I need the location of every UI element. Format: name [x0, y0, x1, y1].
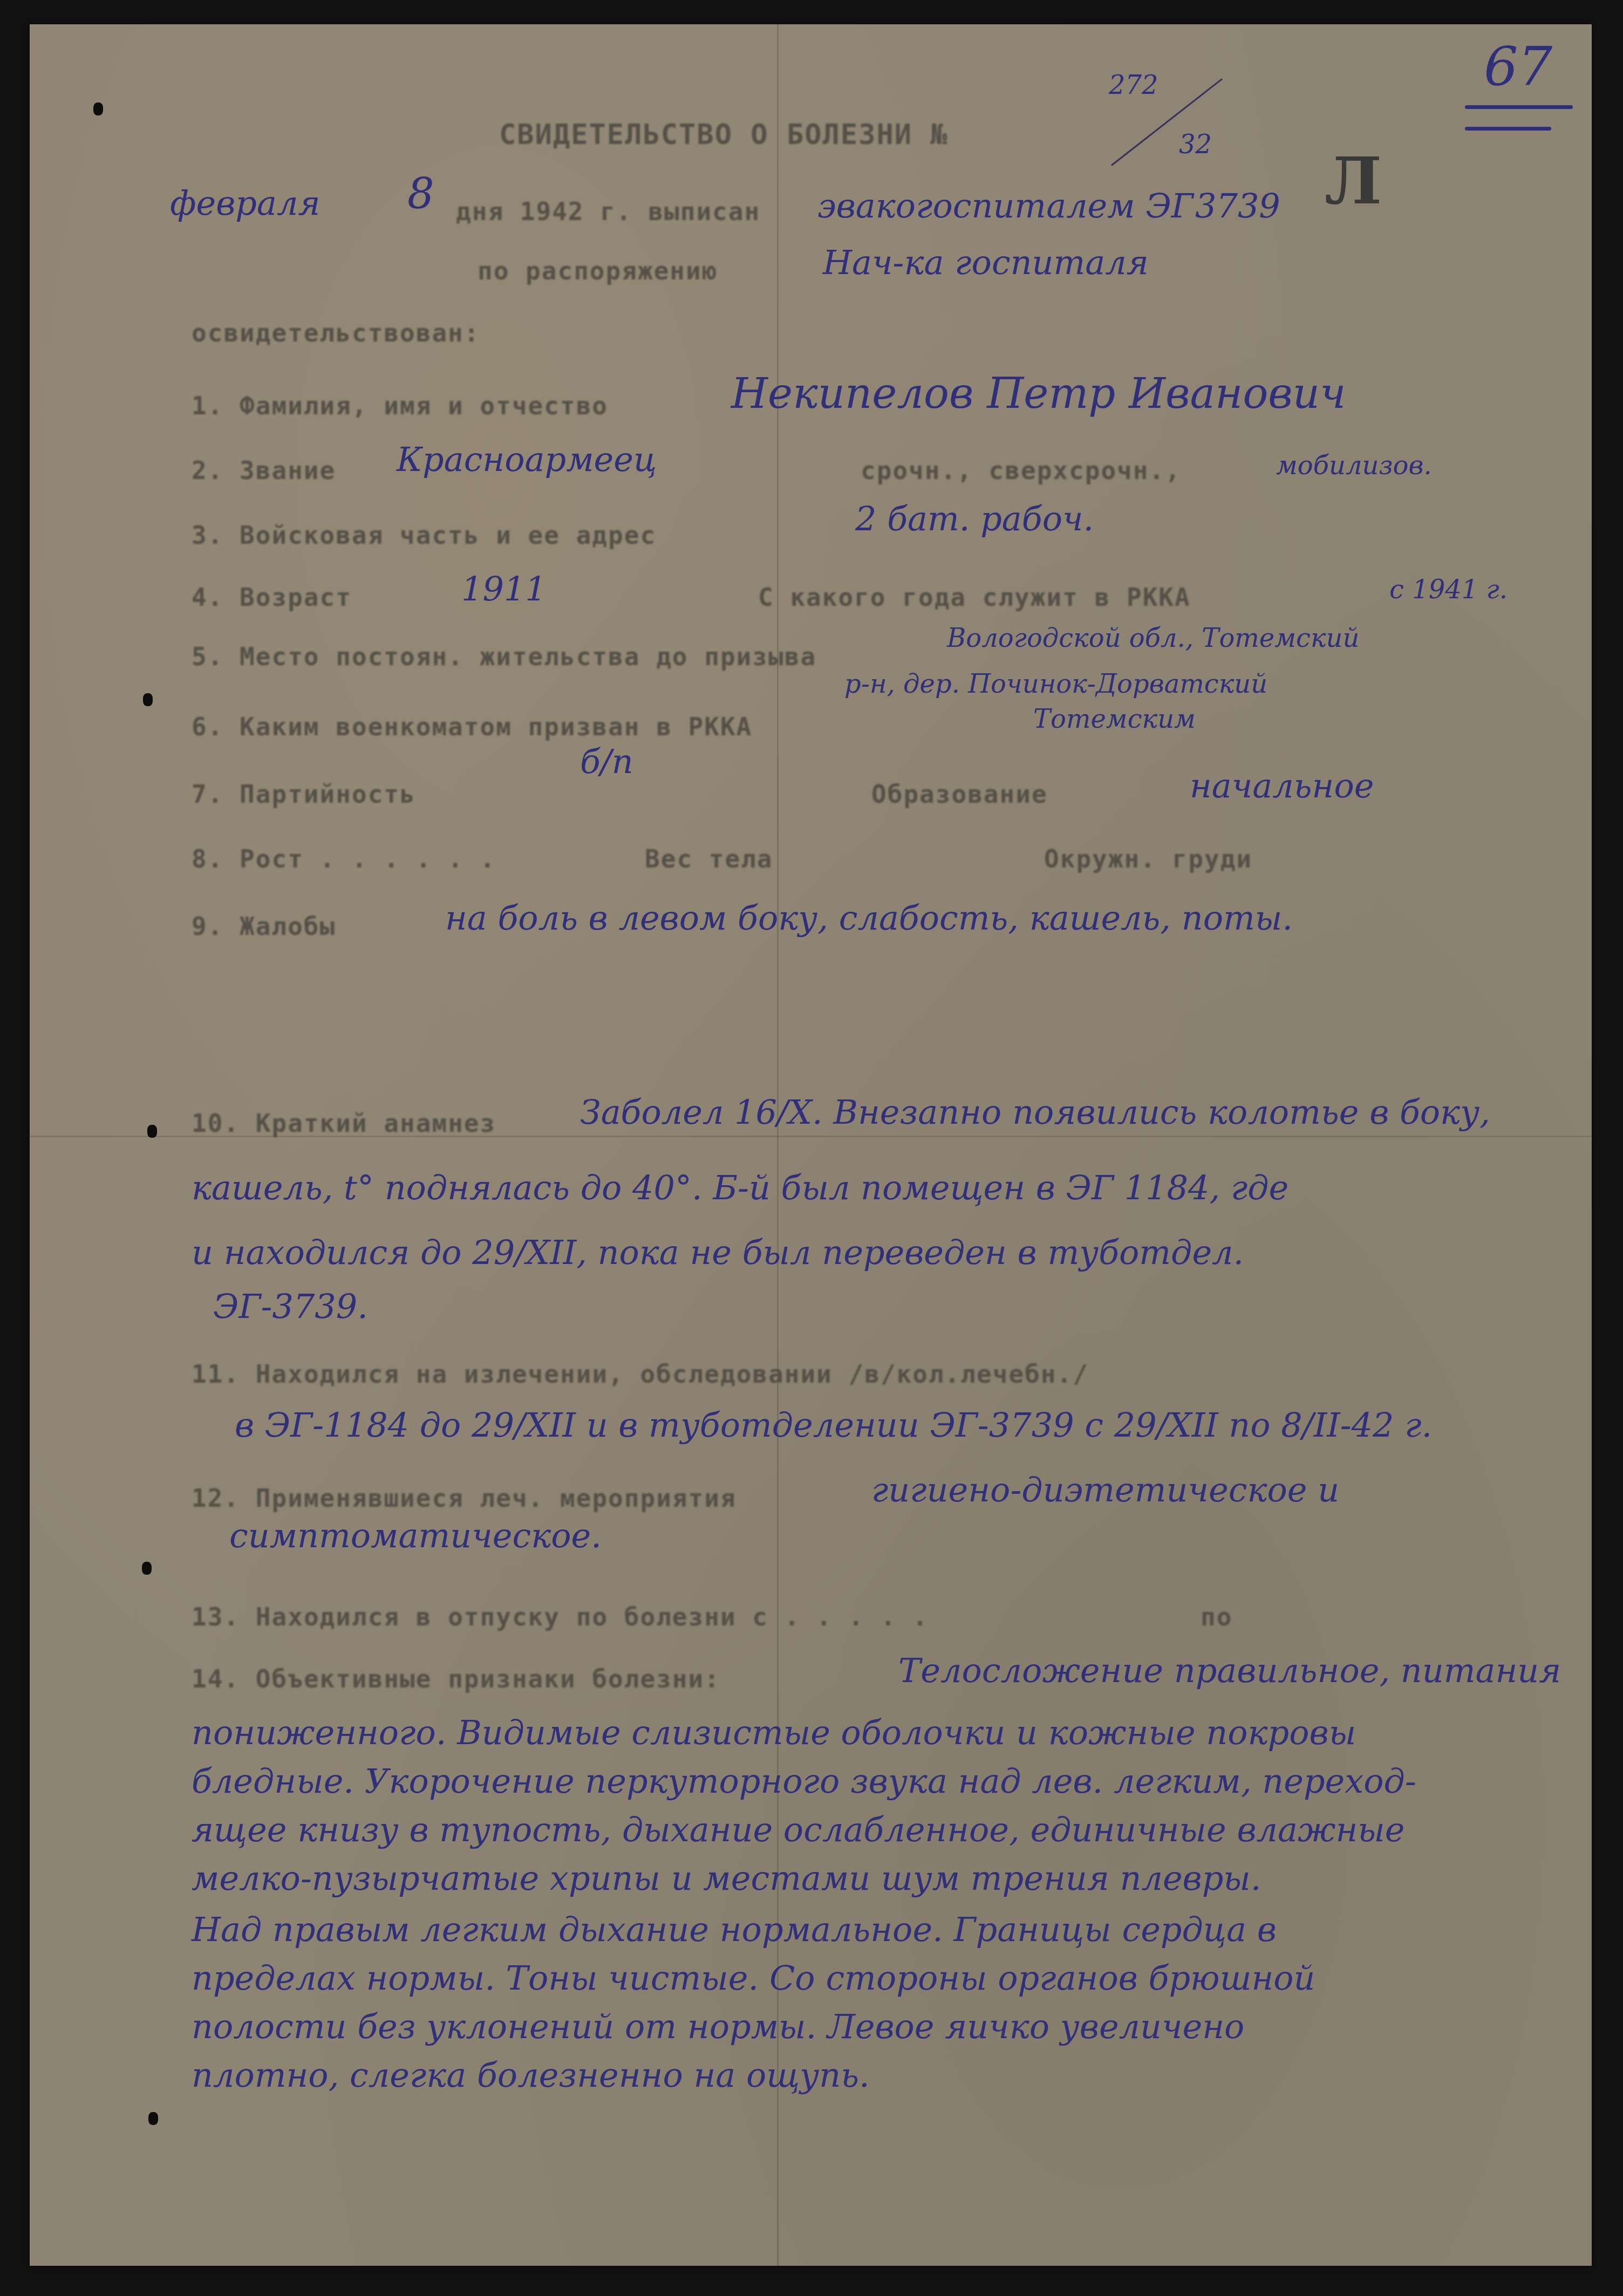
- field-5-value: Вологодской обл., Тотемский: [947, 623, 1359, 653]
- field-4-label: 4. Возраст: [192, 583, 352, 612]
- field-2-typed-extra: срочн., сверхсрочн.,: [861, 456, 1181, 485]
- pencil-mark: Л: [1325, 143, 1382, 219]
- field-10-line-1: Заболел 16/X. Внезапно появились колотье…: [580, 1092, 1490, 1132]
- field-7-label: 7. Партийность: [192, 780, 416, 809]
- archive-page-number: 67: [1484, 35, 1552, 98]
- punch-hole: [93, 102, 103, 115]
- field-14-label: 14. Объективные признаки болезни:: [192, 1664, 720, 1693]
- field-8-typed-extra: Вес тела: [645, 844, 773, 873]
- field-14-line-7: пределах нормы. Тоны чистые. Со стороны …: [192, 1958, 1315, 1998]
- field-13-typed-extra: по: [1201, 1602, 1232, 1631]
- field-14-line-2: пониженного. Видимые слизистые оболочки …: [192, 1713, 1356, 1752]
- form-title: СВИДЕТЕЛЬСТВО О БОЛЕЗНИ №: [499, 119, 949, 151]
- page-number-underline: [1465, 105, 1573, 109]
- field-5-label: 5. Место постоян. жительства до призыва: [192, 642, 816, 671]
- document-page: 67 272 32 Л СВИДЕТЕЛЬСТВО О БОЛЕЗНИ № фе…: [30, 24, 1592, 2266]
- field-9-value: на боль в левом боку, слабость, кашель, …: [445, 898, 1293, 938]
- header-hospital-number: 3739: [1195, 186, 1280, 225]
- field-6-label: 6. Каким военкоматом призван в РККА: [192, 712, 752, 741]
- field-12-label: 12. Применявшиеся леч. мероприятия: [192, 1484, 737, 1513]
- field-1-label: 1. Фамилия, имя и отчество: [192, 391, 608, 420]
- field-1-value: Некипелов Петр Иванович: [731, 370, 1346, 418]
- field-6-value: Тотемским: [1033, 704, 1196, 734]
- punch-hole: [142, 1562, 152, 1575]
- field-13-label: 13. Находился в отпуску по болезни с . .…: [192, 1602, 929, 1631]
- field-9-label: 9. Жалобы: [192, 912, 336, 941]
- field-10-line-4: ЭГ-3739.: [213, 1287, 368, 1326]
- field-11-value: в ЭГ-1184 до 29/XII и в туботделении ЭГ-…: [235, 1405, 1432, 1445]
- field-14-line-3: бледные. Укорочение перкуторного звука н…: [192, 1761, 1416, 1801]
- fraction-bottom: 32: [1179, 129, 1212, 160]
- field-11-label: 11. Находился на излечении, обследовании…: [192, 1359, 1089, 1389]
- field-12-line-2: симптоматическое.: [229, 1516, 602, 1555]
- field-14-line-1: Телосложение правильное, питания: [898, 1651, 1561, 1690]
- order-typed: по распоряжению: [478, 256, 718, 285]
- order-hand: Нач-ка госпиталя: [823, 243, 1149, 282]
- field-2-value: Красноармеец: [397, 440, 657, 479]
- field-7-typed-extra: Образование: [871, 780, 1048, 809]
- field-7-value2: начальное: [1190, 766, 1374, 805]
- field-14-line-4: ящее книзу в тупость, дыхание ослабленно…: [192, 1810, 1405, 1849]
- field-10-line-3: и находился до 29/XII, пока не был перев…: [192, 1233, 1244, 1272]
- field-4-value2: с 1941 г.: [1389, 575, 1508, 605]
- field-14-line-6: Над правым легким дыхание нормальное. Гр…: [192, 1910, 1277, 1949]
- field-2-label: 2. Звание: [192, 456, 336, 485]
- certify-label: освидетельствован:: [192, 318, 480, 347]
- punch-hole: [147, 1125, 157, 1138]
- fraction-top: 272: [1109, 70, 1158, 100]
- field-7-value: б/п: [580, 742, 633, 781]
- field-8-typed-extra2: Окружн. груди: [1044, 844, 1252, 873]
- field-10-line-2: кашель, t° поднялась до 40°. Б-й был пом…: [192, 1168, 1288, 1207]
- header-month: февраля: [170, 183, 320, 223]
- punch-hole: [143, 693, 153, 706]
- field-12-line-1: гигиено-диэтетическое и: [871, 1470, 1339, 1509]
- field-4-value: 1911: [461, 569, 547, 609]
- field-2-value2: мобилизов.: [1276, 450, 1432, 481]
- field-8-label: 8. Рост . . . . . .: [192, 844, 496, 873]
- field-14-line-9: плотно, слегка болезненно на ощупь.: [192, 2055, 870, 2095]
- field-3-value: 2 бат. рабоч.: [855, 499, 1094, 538]
- field-14-line-5: мелко-пузырчатые хрипы и местами шум тре…: [192, 1858, 1261, 1898]
- header-hospital: эвакогоспиталем ЭГ: [817, 186, 1194, 225]
- header-typed-mid: дня 1942 г. выписан: [456, 197, 760, 226]
- field-14-line-8: полости без уклонений от нормы. Левое яи…: [192, 2007, 1244, 2046]
- field-10-label: 10. Краткий анамнез: [192, 1109, 496, 1138]
- page-number-underline: [1465, 127, 1551, 131]
- field-3-label: 3. Войсковая часть и ее адрес: [192, 521, 656, 550]
- field-5-value-line2: р-н, дер. Починок-Дорватский: [844, 669, 1267, 699]
- punch-hole: [148, 2112, 158, 2125]
- header-day: 8: [407, 170, 434, 218]
- field-4-typed-extra: С какого года служит в РККА: [758, 583, 1191, 612]
